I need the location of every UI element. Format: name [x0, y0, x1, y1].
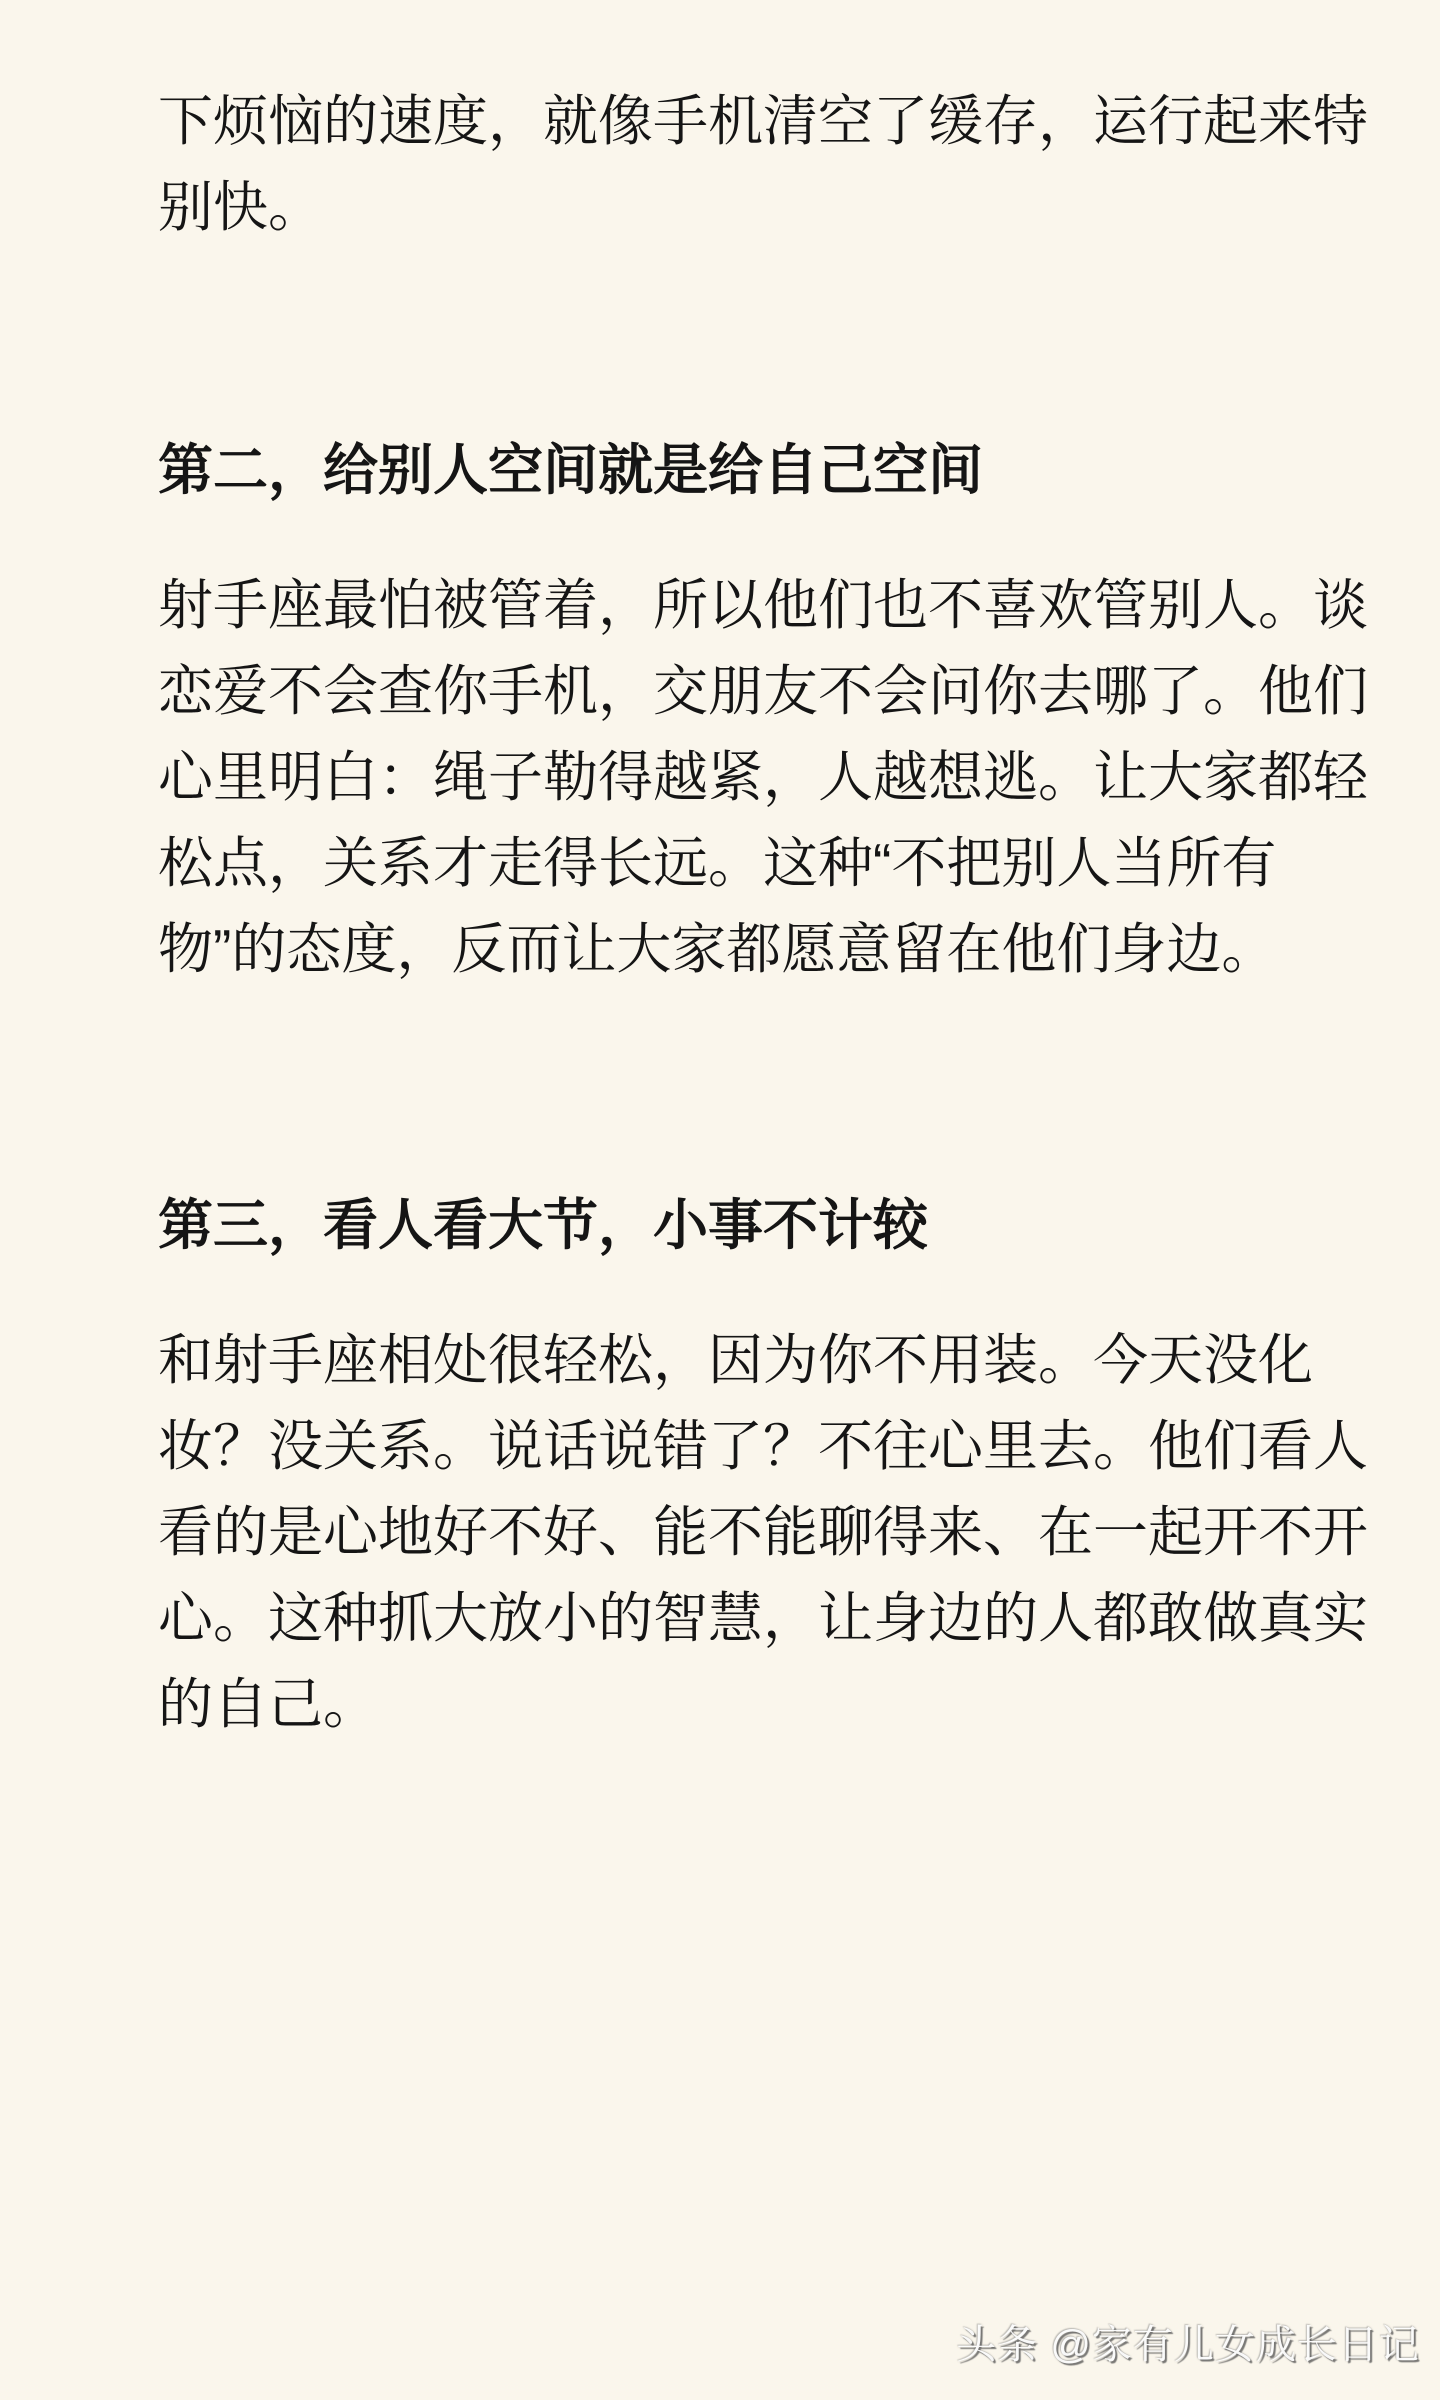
heading-point-2: 第二，给别人空间就是给自己空间 — [158, 427, 1380, 513]
paragraph-point-2: 射手座最怕被管着，所以他们也不喜欢管别人。谈恋爱不会查你手机，交朋友不会问你去哪… — [158, 562, 1380, 992]
watermark-text: 头条 @家有儿女成长日记 — [956, 2318, 1420, 2372]
heading-point-3: 第三，看人看大节，小事不计较 — [158, 1182, 1380, 1268]
paragraph-point-3: 和射手座相处很轻松，因为你不用装。今天没化妆？没关系。说话说错了？不往心里去。他… — [158, 1317, 1380, 1747]
article-body: 下烦恼的速度，就像手机清空了缓存，运行起来特别快。 第二，给别人空间就是给自己空… — [158, 0, 1380, 1747]
paragraph-intro-continuation: 下烦恼的速度，就像手机清空了缓存，运行起来特别快。 — [158, 78, 1380, 250]
